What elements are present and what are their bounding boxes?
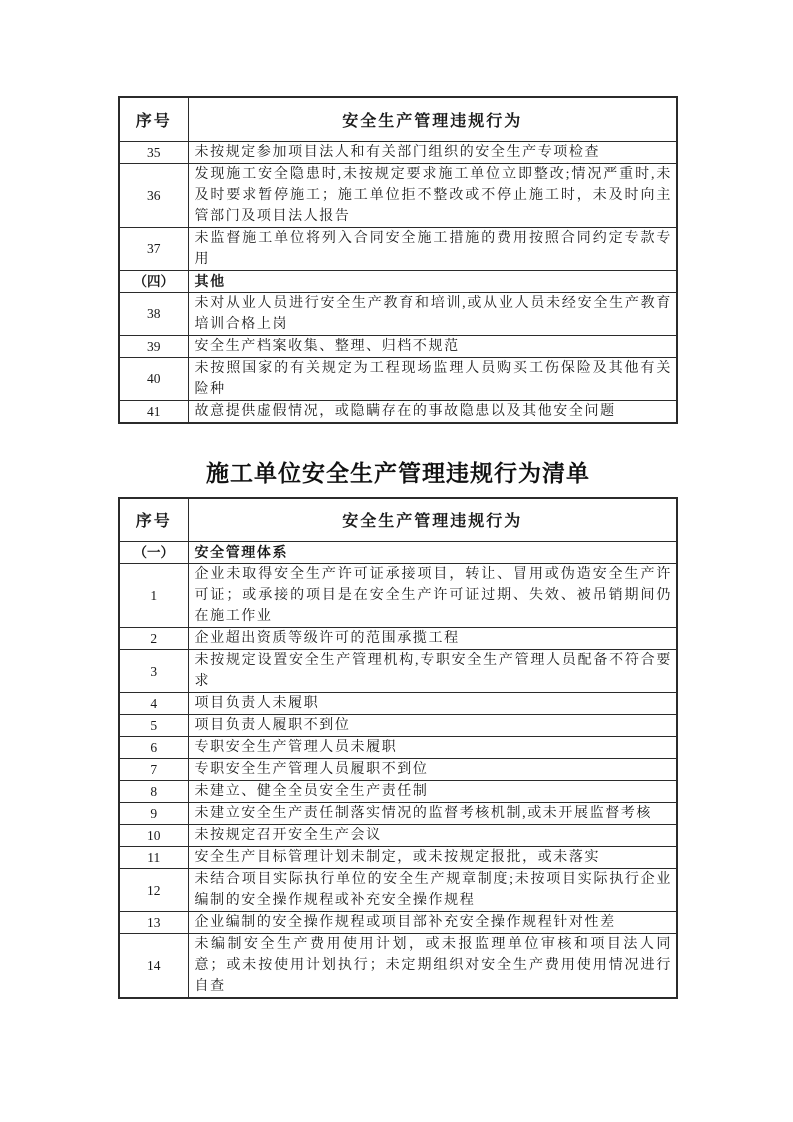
row-violation-text: 故意提供虚假情况，或隐瞒存在的事故隐患以及其他安全问题	[188, 400, 677, 423]
document-content: 序号 安全生产管理违规行为 35未按规定参加项目法人和有关部门组织的安全生产专项…	[118, 96, 678, 999]
table-row: 10未按规定召开安全生产会议	[119, 825, 677, 847]
row-serial: 9	[119, 803, 188, 825]
document-page: 序号 安全生产管理违规行为 35未按规定参加项目法人和有关部门组织的安全生产专项…	[0, 0, 793, 1122]
table-row: 40未按照国家的有关规定为工程现场监理人员购买工伤保险及其他有关险种	[119, 357, 677, 400]
row-violation-text: 安全生产档案收集、整理、归档不规范	[188, 335, 677, 357]
row-violation-text: 项目负责人未履职	[188, 693, 677, 715]
row-violation-text: 未监督施工单位将列入合同安全施工措施的费用按照合同约定专款专用	[188, 227, 677, 270]
violations-table-continued: 序号 安全生产管理违规行为 35未按规定参加项目法人和有关部门组织的安全生产专项…	[118, 96, 678, 424]
table-row: 6专职安全生产管理人员未履职	[119, 737, 677, 759]
row-serial: 1	[119, 564, 188, 628]
row-violation-text: 未按照国家的有关规定为工程现场监理人员购买工伤保险及其他有关险种	[188, 357, 677, 400]
table-row: 39安全生产档案收集、整理、归档不规范	[119, 335, 677, 357]
table-row: 4项目负责人未履职	[119, 693, 677, 715]
table-row: 36发现施工安全隐患时,未按规定要求施工单位立即整改;情况严重时,未及时要求暂停…	[119, 163, 677, 227]
row-serial: 41	[119, 400, 188, 423]
header-cell-violation: 安全生产管理违规行为	[188, 97, 677, 141]
row-serial: 13	[119, 912, 188, 934]
table-row: 8未建立、健全全员安全生产责任制	[119, 781, 677, 803]
header-cell-serial: 序号	[119, 97, 188, 141]
section-row: （四）其他	[119, 270, 677, 292]
row-serial: 3	[119, 650, 188, 693]
table-row: 14未编制安全生产费用使用计划，或未报监理单位审核和项目法人同意；或未按使用计划…	[119, 934, 677, 999]
row-violation-text: 未建立、健全全员安全生产责任制	[188, 781, 677, 803]
table-row: 38未对从业人员进行安全生产教育和培训,或从业人员未经安全生产教育培训合格上岗	[119, 292, 677, 335]
row-violation-text: 发现施工安全隐患时,未按规定要求施工单位立即整改;情况严重时,未及时要求暂停施工…	[188, 163, 677, 227]
row-serial: 40	[119, 357, 188, 400]
row-violation-text: 未按规定召开安全生产会议	[188, 825, 677, 847]
row-violation-text: 安全生产目标管理计划未制定，或未按规定报批，或未落实	[188, 847, 677, 869]
table-row: 5项目负责人履职不到位	[119, 715, 677, 737]
row-violation-text: 安全管理体系	[188, 542, 677, 564]
row-violation-text: 未编制安全生产费用使用计划，或未报监理单位审核和项目法人同意；或未按使用计划执行…	[188, 934, 677, 999]
row-violation-text: 未按规定设置安全生产管理机构,专职安全生产管理人员配备不符合要求	[188, 650, 677, 693]
table-body: （一）安全管理体系1企业未取得安全生产许可证承接项目，转让、冒用或伪造安全生产许…	[119, 542, 677, 999]
row-serial: 10	[119, 825, 188, 847]
table-row: 3未按规定设置安全生产管理机构,专职安全生产管理人员配备不符合要求	[119, 650, 677, 693]
row-violation-text: 专职安全生产管理人员未履职	[188, 737, 677, 759]
row-serial: 7	[119, 759, 188, 781]
row-serial: 14	[119, 934, 188, 999]
row-serial: 2	[119, 628, 188, 650]
header-cell-serial: 序号	[119, 498, 188, 542]
row-violation-text: 其他	[188, 270, 677, 292]
table-row: 9未建立安全生产责任制落实情况的监督考核机制,或未开展监督考核	[119, 803, 677, 825]
row-violation-text: 企业超出资质等级许可的范围承揽工程	[188, 628, 677, 650]
row-serial: 8	[119, 781, 188, 803]
row-violation-text: 企业未取得安全生产许可证承接项目，转让、冒用或伪造安全生产许可证；或承接的项目是…	[188, 564, 677, 628]
header-row: 序号 安全生产管理违规行为	[119, 97, 677, 141]
page-title: 施工单位安全生产管理违规行为清单	[118, 455, 678, 488]
row-serial: 4	[119, 693, 188, 715]
table-body: 35未按规定参加项目法人和有关部门组织的安全生产专项检查36发现施工安全隐患时,…	[119, 141, 677, 423]
table-row: 35未按规定参加项目法人和有关部门组织的安全生产专项检查	[119, 141, 677, 163]
table-header: 序号 安全生产管理违规行为	[119, 498, 677, 542]
row-serial: 35	[119, 141, 188, 163]
row-serial: 5	[119, 715, 188, 737]
header-row: 序号 安全生产管理违规行为	[119, 498, 677, 542]
violations-table-construction: 序号 安全生产管理违规行为 （一）安全管理体系1企业未取得安全生产许可证承接项目…	[118, 497, 678, 1000]
header-cell-violation: 安全生产管理违规行为	[188, 498, 677, 542]
row-serial: （一）	[119, 542, 188, 564]
table-row: 1企业未取得安全生产许可证承接项目，转让、冒用或伪造安全生产许可证；或承接的项目…	[119, 564, 677, 628]
table-row: 37未监督施工单位将列入合同安全施工措施的费用按照合同约定专款专用	[119, 227, 677, 270]
table-row: 41故意提供虚假情况，或隐瞒存在的事故隐患以及其他安全问题	[119, 400, 677, 423]
row-violation-text: 未按规定参加项目法人和有关部门组织的安全生产专项检查	[188, 141, 677, 163]
row-serial: （四）	[119, 270, 188, 292]
row-violation-text: 企业编制的安全操作规程或项目部补充安全操作规程针对性差	[188, 912, 677, 934]
row-violation-text: 未对从业人员进行安全生产教育和培训,或从业人员未经安全生产教育培训合格上岗	[188, 292, 677, 335]
table-header: 序号 安全生产管理违规行为	[119, 97, 677, 141]
table-row: 2企业超出资质等级许可的范围承揽工程	[119, 628, 677, 650]
row-violation-text: 专职安全生产管理人员履职不到位	[188, 759, 677, 781]
table-row: 12未结合项目实际执行单位的安全生产规章制度;未按项目实际执行企业编制的安全操作…	[119, 869, 677, 912]
row-serial: 39	[119, 335, 188, 357]
row-serial: 37	[119, 227, 188, 270]
row-violation-text: 项目负责人履职不到位	[188, 715, 677, 737]
row-violation-text: 未结合项目实际执行单位的安全生产规章制度;未按项目实际执行企业编制的安全操作规程…	[188, 869, 677, 912]
table-row: 13企业编制的安全操作规程或项目部补充安全操作规程针对性差	[119, 912, 677, 934]
row-serial: 38	[119, 292, 188, 335]
row-serial: 12	[119, 869, 188, 912]
row-serial: 6	[119, 737, 188, 759]
row-serial: 36	[119, 163, 188, 227]
table-row: 11安全生产目标管理计划未制定，或未按规定报批，或未落实	[119, 847, 677, 869]
table-row: 7专职安全生产管理人员履职不到位	[119, 759, 677, 781]
row-serial: 11	[119, 847, 188, 869]
section-row: （一）安全管理体系	[119, 542, 677, 564]
row-violation-text: 未建立安全生产责任制落实情况的监督考核机制,或未开展监督考核	[188, 803, 677, 825]
